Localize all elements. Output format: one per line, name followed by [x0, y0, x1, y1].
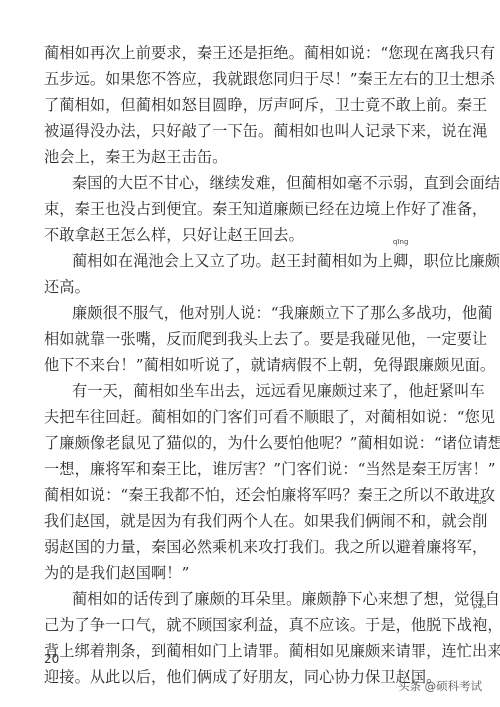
text-line: 束，秦王也没占到便宜。秦王知道廉颇已经在边境上作好了准备， [44, 196, 436, 222]
text-line: 我们赵国，就是因为有我们两个人在。如果我们俩闹不和，就会xuē削 [44, 508, 436, 534]
text-line: 相如就靠一张嘴，反而爬到我头上去了。要是我碰见他，一定要让 [44, 326, 436, 352]
text-line: 蔺相如说：“秦王我都不怕，还会怕廉将军吗？秦王之所以不敢进攻 [44, 482, 436, 508]
text-line: 弱赵国的力量，秦国必然乘机来攻打我们。我之所以避着廉将军， [44, 534, 436, 560]
paragraph-start-line: 蔺相如的话传到了廉颇的耳朵里。廉颇静下心来想了想，觉得自 [44, 586, 436, 612]
text-line: 池会上，秦王为赵王击缶。 [44, 144, 436, 170]
text-line: 不敢拿赵王怎么样，只好让赵王回去。 [44, 222, 436, 248]
text-line: 他下不来台！”蔺相如听说了，就请病假不上朝，免得跟廉颇见面。 [44, 352, 436, 378]
text-line: 了廉颇像老鼠见了猫似的，为什么要怕他呢？”蔺相如说：“诸位请想 [44, 430, 436, 456]
pinyin-label: xuē [473, 498, 486, 506]
pinyin-label: qīng [393, 238, 409, 246]
paragraph-start-line: 蔺相如在渑池会上又立了功。赵王封蔺相如为上qīng卿，职位比廉颇 [44, 248, 436, 274]
text-segment: 蔺相如在渑池会上又立了功。赵王封蔺相如为上 [72, 252, 393, 270]
text-line: 了蔺相如，但蔺相如怒目圆睁，厉声呵斥，卫士竟不敢上前。秦王 [44, 92, 436, 118]
watermark: 头条 @硕科考试 [398, 678, 482, 694]
text-line: 背上绑着荆条，到蔺相如门上请罪。蔺相如见廉颇来请罪，连忙出来 [44, 638, 436, 664]
text-segment: 我们赵国，就是因为有我们两个人在。如果我们俩闹不和，就会 [44, 512, 472, 530]
text-line: 迎接。从此以后，他们俩成了好朋友，同心协力保卫赵国。 [44, 664, 436, 690]
paragraph-start-line: 廉颇很不服气，他对别人说：“我廉颇立下了那么多战功，他蔺 [44, 300, 436, 326]
text-line: 为的是我们赵国啊！” [44, 560, 436, 586]
text-line: 己为了争一口气，就不顾国家利益，真不应该。于是，他脱下战páo袍， [44, 612, 436, 638]
text-segment: 己为了争一口气，就不顾国家利益，真不应该。于是，他脱下战 [44, 616, 472, 634]
pinyin-label: páo [473, 602, 486, 610]
paragraph-start-line: 有一天，蔺相如坐车出去，远远看见廉颇过来了，他赶紧叫车 [44, 378, 436, 404]
ruby-base: 卿 [393, 252, 408, 270]
ruby-annotation: qīng卿 [393, 248, 408, 274]
text-segment: ，职位比廉颇 [408, 252, 500, 270]
text-line: 蔺相如再次上前要求，秦王还是拒绝。蔺相如说：“您现在离我只有 [44, 40, 436, 66]
text-line: 还高。 [44, 274, 436, 300]
page-number: 20 [44, 652, 59, 666]
text-line: 被逼得没办法，只好敲了一下缶。蔺相如也叫人记录下来，说在渑 [44, 118, 436, 144]
text-line: 一想，廉将军和秦王比，谁厉害？”门客们说：“当然是秦王厉害！” [44, 456, 436, 482]
paragraph-start-line: 秦国的大臣不甘心，继续发难，但蔺相如毫不示弱，直到会面结 [44, 170, 436, 196]
ruby-annotation: xuē削 [472, 508, 487, 534]
ruby-annotation: páo袍 [472, 612, 487, 638]
text-segment: ， [487, 616, 500, 634]
text-line: 夫把车往回赶。蔺相如的门客们可看不顺眼了，对蔺相如说：“您见 [44, 404, 436, 430]
ruby-base: 削 [472, 512, 487, 530]
text-line: 五步远。如果您不答应，我就跟您同归于尽！”秦王左右的卫士想杀 [44, 66, 436, 92]
ruby-base: 袍 [472, 616, 487, 634]
